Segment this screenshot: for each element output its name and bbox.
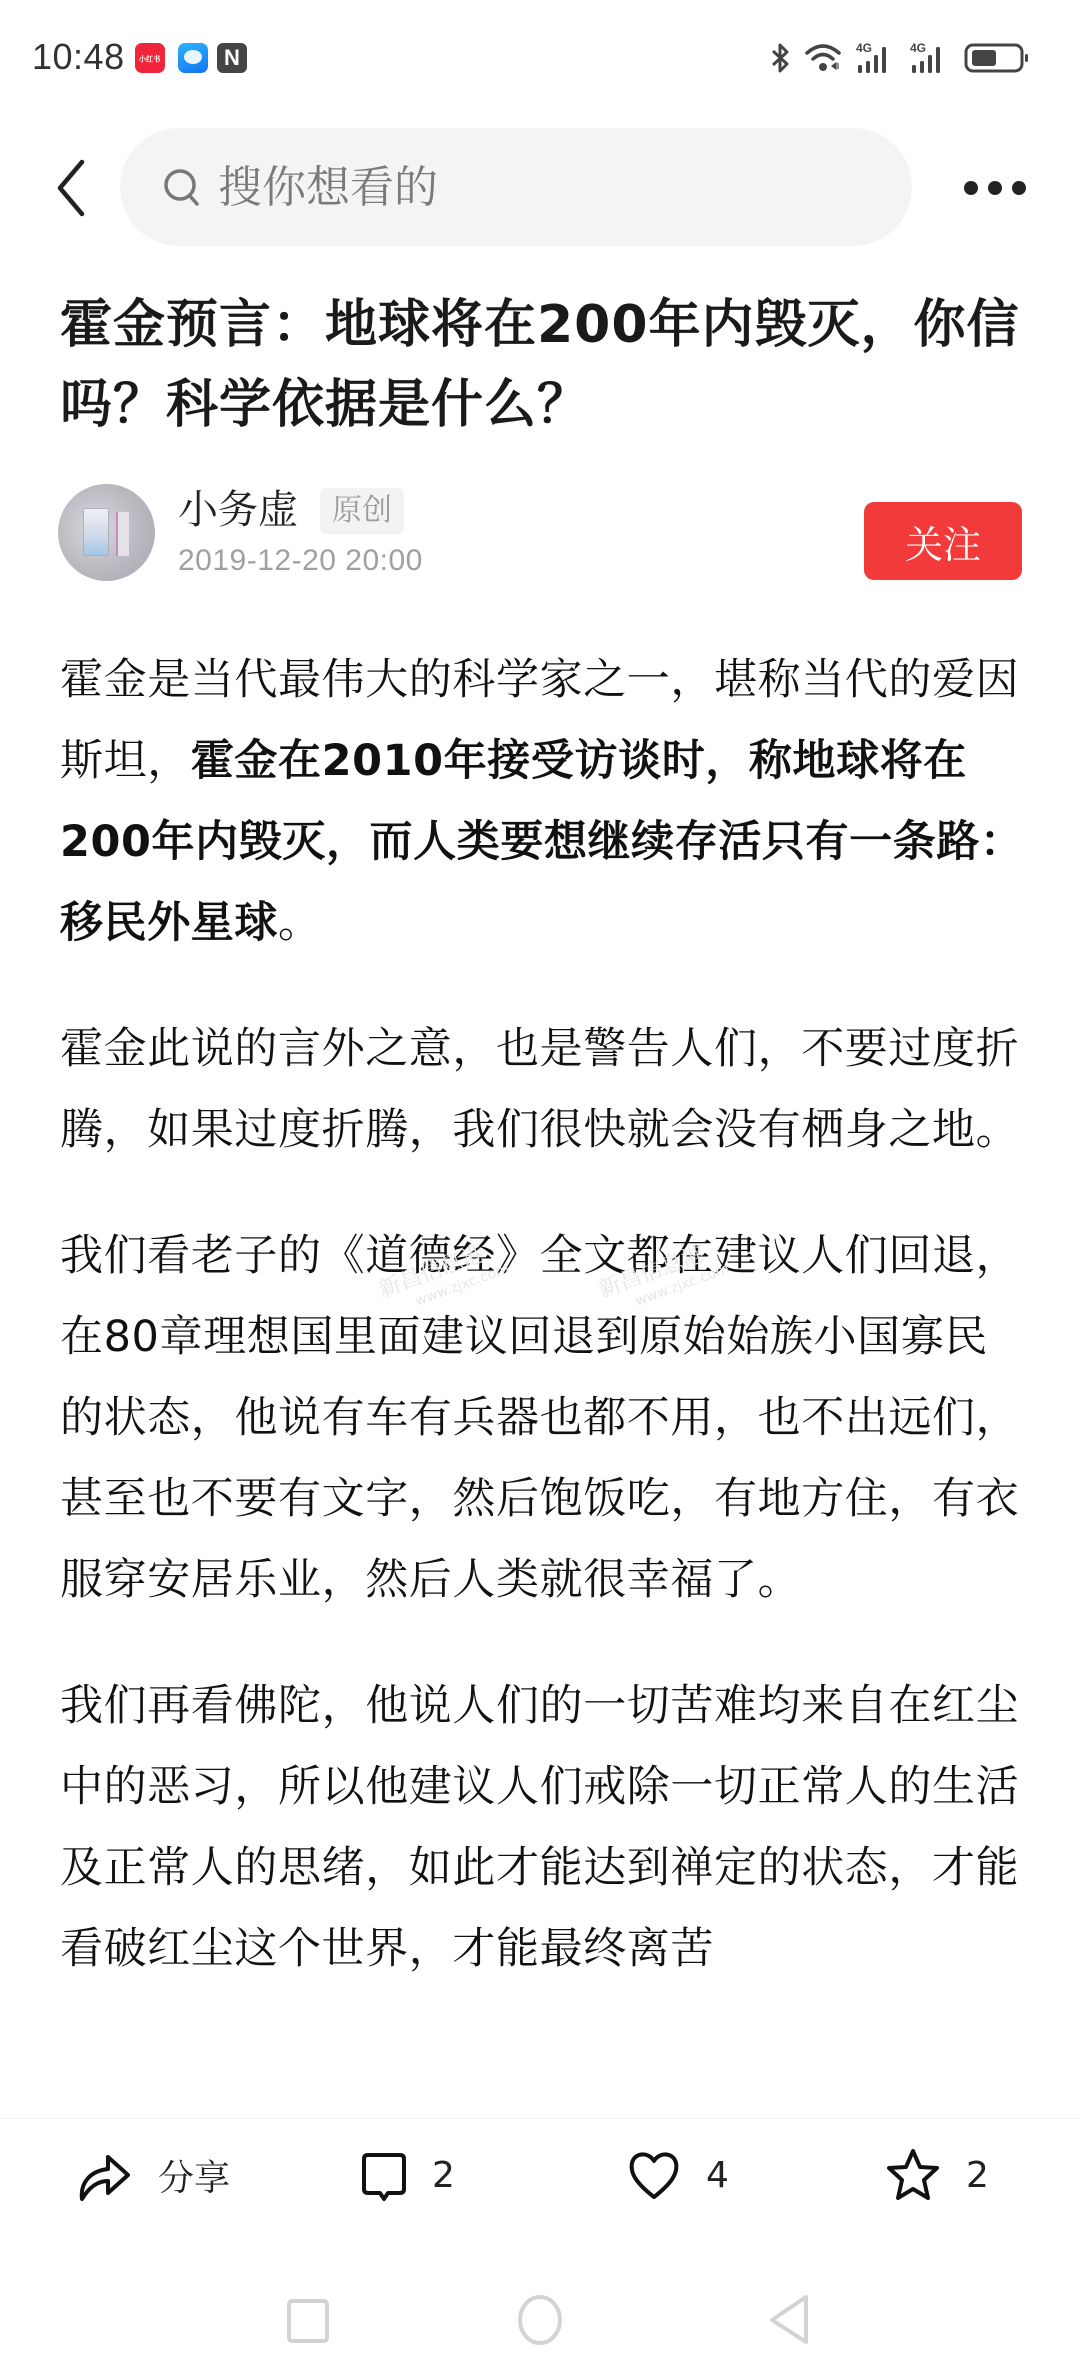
comment-icon	[360, 2147, 408, 2203]
signal-4g-icon-1: 4G	[856, 41, 898, 75]
comment-count: 2	[432, 2155, 455, 2196]
article-body: 霍金是当代最伟大的科学家之一，堪称当代的爱因斯坦，霍金在2010年接受访谈时，称…	[60, 640, 1025, 2035]
avatar-image-detail	[83, 508, 109, 556]
more-dot-icon	[964, 181, 978, 195]
favorite-count: 2	[966, 2155, 989, 2196]
svg-text:4G: 4G	[856, 41, 872, 55]
message-app-icon	[178, 43, 208, 73]
share-icon	[76, 2147, 134, 2203]
square-icon	[284, 2296, 332, 2344]
status-bar: 10:48 小红书 4G 4G	[0, 0, 1080, 110]
system-status-icons: 4G 4G	[770, 40, 1030, 76]
author-row: 小务虚 原创 2019-12-20 20:00 关注	[58, 484, 1022, 584]
svg-text:4G: 4G	[910, 41, 926, 55]
paragraph: 我们再看佛陀，他说人们的一切苦难均来自在红尘中的恶习，所以他建议人们戒除一切正常…	[60, 1666, 1025, 1990]
author-avatar[interactable]	[58, 484, 155, 581]
share-button[interactable]: 分享	[76, 2147, 230, 2203]
follow-button[interactable]: 关注	[864, 502, 1022, 580]
circle-icon	[514, 2292, 566, 2348]
more-options-button[interactable]	[955, 160, 1035, 216]
signal-4g-icon-2: 4G	[910, 41, 952, 75]
more-dot-icon	[1012, 181, 1026, 195]
author-name[interactable]: 小务虚	[178, 484, 298, 536]
bluetooth-icon	[770, 42, 792, 74]
nfc-icon	[217, 43, 247, 73]
like-count: 4	[706, 2155, 729, 2196]
status-time: 10:48	[32, 36, 125, 78]
star-icon	[884, 2147, 942, 2203]
home-button[interactable]	[510, 2290, 570, 2350]
back-button[interactable]	[44, 150, 100, 226]
wifi-icon	[804, 42, 844, 74]
system-nav-bar	[0, 2260, 1080, 2376]
search-icon	[160, 165, 204, 209]
heart-icon	[626, 2147, 682, 2203]
paragraph: 霍金是当代最伟大的科学家之一，堪称当代的爱因斯坦，霍金在2010年接受访谈时，称…	[60, 640, 1025, 964]
battery-icon	[964, 42, 1030, 74]
paragraph: 霍金此说的言外之意，也是警告人们，不要过度折腾，如果过度折腾，我们很快就会没有栖…	[60, 1009, 1025, 1171]
search-input[interactable]	[218, 162, 818, 213]
triangle-back-icon	[764, 2292, 816, 2348]
paragraph: 我们看老子的《道德经》全文都在建议人们回退，在80章理想国里面建议回退到原始始族…	[60, 1216, 1025, 1621]
favorite-button[interactable]: 2	[884, 2147, 989, 2203]
chevron-left-icon	[52, 156, 92, 220]
system-back-button[interactable]	[760, 2290, 820, 2350]
article-title: 霍金预言：地球将在200年内毁灭，你信吗？科学依据是什么？	[60, 285, 1020, 445]
like-button[interactable]: 4	[626, 2147, 729, 2203]
share-label: 分享	[158, 2150, 230, 2201]
publish-date: 2019-12-20 20:00	[178, 544, 423, 578]
bold-quote: 霍金在2010年接受访谈时，称地球将在200年内毁灭，而人类要想继续存活只有一条…	[60, 736, 1024, 948]
action-bar: 分享 2 4 2	[0, 2118, 1080, 2228]
more-dot-icon	[988, 181, 1002, 195]
comment-button[interactable]: 2	[360, 2147, 455, 2203]
recent-apps-button[interactable]	[278, 2290, 338, 2350]
search-bar[interactable]	[120, 128, 912, 246]
avatar-image-detail	[116, 512, 129, 556]
original-badge: 原创	[320, 488, 404, 534]
xiaohongshu-app-icon: 小红书	[135, 43, 165, 73]
